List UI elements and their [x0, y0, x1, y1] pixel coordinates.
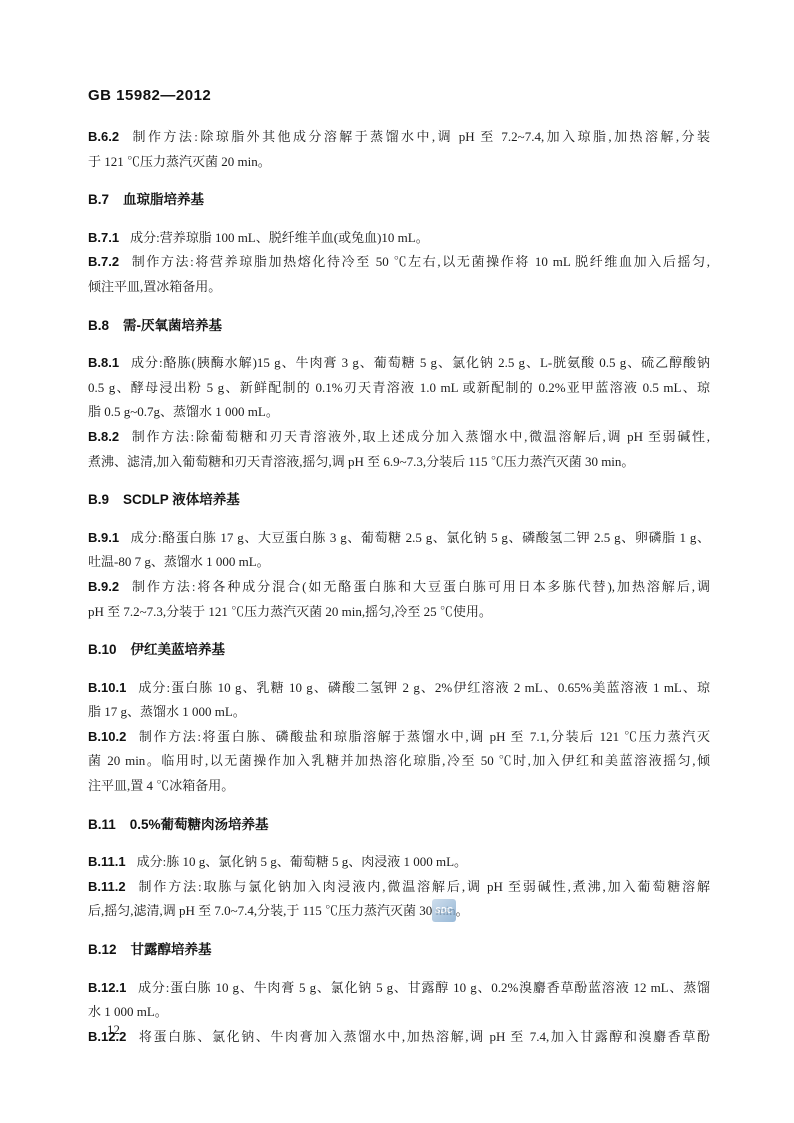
paragraph-line: B.10.2制作方法:将蛋白胨、磷酸盐和琼脂溶解于蒸馏水中,调 pH 至 7.1… [88, 725, 710, 750]
clause-number: B.11.2 [88, 879, 126, 894]
paragraph-text: 将蛋白胨、氯化钠、牛肉膏加入蒸馏水中,加热溶解,调 pH 至 7.4,加入甘露醇… [137, 1029, 710, 1044]
paragraph-line: B.8.2制作方法:除葡萄糖和刃天青溶液外,取上述成分加入蒸馏水中,微温溶解后,… [88, 425, 710, 450]
clause-number: B.11.1 [88, 854, 126, 869]
paragraph-text: 成分:蛋白胨 10 g、牛肉膏 5 g、氯化钠 5 g、甘露醇 10 g、0.2… [137, 980, 710, 995]
clause-number: B.10.2 [88, 729, 126, 744]
paragraph-line: 吐温-80 7 g、蒸馏水 1 000 mL。 [88, 550, 710, 575]
watermark-stamp: SDC [432, 899, 456, 922]
paragraph-text: 成分:蛋白胨 10 g、乳糖 10 g、磷酸二氢钾 2 g、2%伊红溶液 2 m… [137, 680, 710, 695]
clause-number: B.7.2 [88, 254, 119, 269]
paragraph-line: 于 121 ℃压力蒸汽灭菌 20 min。 [88, 150, 710, 175]
section-heading-title: 甘露醇培养基 [131, 942, 212, 957]
section-heading-number: B.12 [88, 942, 117, 957]
section-heading-title: 需-厌氧菌培养基 [123, 318, 222, 333]
section-heading-number: B.10 [88, 642, 117, 657]
paragraph-line: B.12.2将蛋白胨、氯化钠、牛肉膏加入蒸馏水中,加热溶解,调 pH 至 7.4… [88, 1025, 710, 1050]
paragraph-line: 脂 0.5 g~0.7g、蒸馏水 1 000 mL。 [88, 400, 710, 425]
clause-number: B.10.1 [88, 680, 126, 695]
section-heading-number: B.8 [88, 318, 109, 333]
paragraph-text: 成分:营养琼脂 100 mL、脱纤维羊血(或兔血)10 mL。 [130, 230, 429, 245]
paragraph-text: 制作方法:将蛋白胨、磷酸盐和琼脂溶解于蒸馏水中,调 pH 至 7.1,分装后 1… [137, 729, 710, 744]
document-page: GB 15982—2012 B.6.2制作方法:除琼脂外其他成分溶解于蒸馏水中,… [0, 0, 794, 1123]
paragraph-line: B.11.2制作方法:取胨与氯化钠加入肉浸液内,微温溶解后,调 pH 至弱碱性,… [88, 875, 710, 900]
clause-number: B.7.1 [88, 230, 119, 245]
paragraph-line: B.9.2制作方法:将各种成分混合(如无酪蛋白胨和大豆蛋白胨可用日本多胨代替),… [88, 575, 710, 600]
section-heading-title: 0.5%葡萄糖肉汤培养基 [130, 817, 269, 832]
paragraph-line: 注平皿,置 4 ℃冰箱备用。 [88, 774, 710, 799]
standard-number: GB 15982—2012 [88, 84, 710, 108]
section-heading: B.7血琼脂培养基 [88, 188, 710, 213]
paragraph-line: 后,摇匀,滤清,调 pH 至 7.0~7.4,分装,于 115 ℃压力蒸汽灭菌 … [88, 899, 710, 924]
paragraph-line: 脂 17 g、蒸馏水 1 000 mL。 [88, 700, 710, 725]
paragraph-text: 制作方法:将各种成分混合(如无酪蛋白胨和大豆蛋白胨可用日本多胨代替),加热溶解后… [130, 579, 710, 594]
section-heading-title: 伊红美蓝培养基 [131, 642, 226, 657]
paragraph-text: 制作方法:除葡萄糖和刃天青溶液外,取上述成分加入蒸馏水中,微温溶解后,调 pH … [130, 429, 710, 444]
section-heading: B.8需-厌氧菌培养基 [88, 314, 710, 339]
paragraph-line: B.11.1成分:胨 10 g、氯化钠 5 g、葡萄糖 5 g、肉浸液 1 00… [88, 850, 710, 875]
paragraph-text: 成分:胨 10 g、氯化钠 5 g、葡萄糖 5 g、肉浸液 1 000 mL。 [137, 854, 467, 869]
paragraph-text: 成分:酪胨(胰酶水解)15 g、牛肉膏 3 g、葡萄糖 5 g、氯化钠 2.5 … [130, 355, 710, 370]
section-heading-number: B.7 [88, 192, 109, 207]
paragraph-line: B.7.1成分:营养琼脂 100 mL、脱纤维羊血(或兔血)10 mL。 [88, 226, 710, 251]
paragraph-line: 煮沸、滤清,加入葡萄糖和刃天青溶液,摇匀,调 pH 至 6.9~7.3,分装后 … [88, 450, 710, 475]
page-number: 12 [107, 1022, 120, 1038]
section-heading: B.9SCDLP 液体培养基 [88, 488, 710, 513]
paragraph-line: B.8.1成分:酪胨(胰酶水解)15 g、牛肉膏 3 g、葡萄糖 5 g、氯化钠… [88, 351, 710, 376]
paragraph-line: 水 1 000 mL。 [88, 1000, 710, 1025]
document-content: GB 15982—2012 B.6.2制作方法:除琼脂外其他成分溶解于蒸馏水中,… [88, 84, 710, 1049]
paragraph-line: B.9.1成分:酪蛋白胨 17 g、大豆蛋白胨 3 g、葡萄糖 2.5 g、氯化… [88, 526, 710, 551]
paragraph-line: B.12.1成分:蛋白胨 10 g、牛肉膏 5 g、氯化钠 5 g、甘露醇 10… [88, 976, 710, 1001]
section-heading: B.12甘露醇培养基 [88, 938, 710, 963]
paragraph-line: 倾注平皿,置冰箱备用。 [88, 275, 710, 300]
paragraph-line: 0.5 g、酵母浸出粉 5 g、新鲜配制的 0.1%刃天青溶液 1.0 mL 或… [88, 376, 710, 401]
section-heading-title: 血琼脂培养基 [123, 192, 204, 207]
clause-number: B.8.2 [88, 429, 119, 444]
section-heading: B.110.5%葡萄糖肉汤培养基 [88, 813, 710, 838]
paragraph-line: B.7.2制作方法:将营养琼脂加热熔化待冷至 50 ℃左右,以无菌操作将 10 … [88, 250, 710, 275]
paragraph-line: pH 至 7.2~7.3,分装于 121 ℃压力蒸汽灭菌 20 min,摇匀,冷… [88, 600, 710, 625]
clause-number: B.9.1 [88, 530, 119, 545]
paragraph-line: 菌 20 min。临用时,以无菌操作加入乳糖并加热溶化琼脂,冷至 50 ℃时,加… [88, 749, 710, 774]
clause-number: B.12.1 [88, 980, 126, 995]
section-heading-number: B.9 [88, 492, 109, 507]
paragraph-text: 制作方法:取胨与氯化钠加入肉浸液内,微温溶解后,调 pH 至弱碱性,煮沸,加入葡… [137, 879, 710, 894]
paragraph-line: B.6.2制作方法:除琼脂外其他成分溶解于蒸馏水中,调 pH 至 7.2~7.4… [88, 125, 710, 150]
clause-number: B.9.2 [88, 579, 119, 594]
paragraph-text: 成分:酪蛋白胨 17 g、大豆蛋白胨 3 g、葡萄糖 2.5 g、氯化钠 5 g… [130, 530, 710, 545]
paragraph-line: B.10.1成分:蛋白胨 10 g、乳糖 10 g、磷酸二氢钾 2 g、2%伊红… [88, 676, 710, 701]
paragraph-text: 制作方法:将营养琼脂加热熔化待冷至 50 ℃左右,以无菌操作将 10 mL 脱纤… [130, 254, 710, 269]
clause-number: B.6.2 [88, 129, 119, 144]
section-heading-title: SCDLP 液体培养基 [123, 492, 240, 507]
clause-number: B.8.1 [88, 355, 119, 370]
section-heading-number: B.11 [88, 817, 116, 832]
watermark-label: SDC [435, 906, 453, 915]
section-heading: B.10伊红美蓝培养基 [88, 638, 710, 663]
document-body: B.6.2制作方法:除琼脂外其他成分溶解于蒸馏水中,调 pH 至 7.2~7.4… [88, 125, 710, 1049]
paragraph-text: 制作方法:除琼脂外其他成分溶解于蒸馏水中,调 pH 至 7.2~7.4,加入琼脂… [130, 129, 710, 144]
